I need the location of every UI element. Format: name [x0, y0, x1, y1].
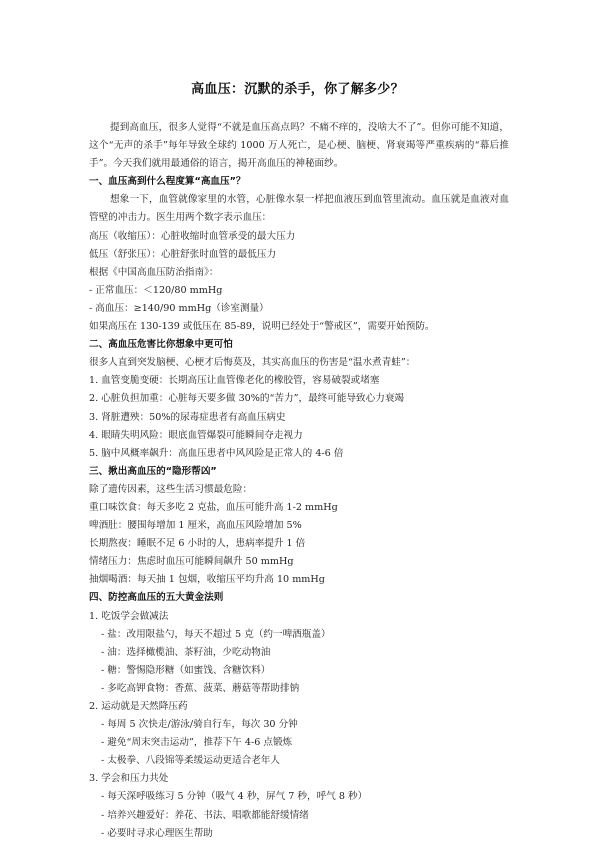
rule-item: - 糖：警惕隐形糖（如蜜饯、含糖饮料）: [89, 662, 509, 680]
risk-factor-item: 长期熬夜：睡眠不足 6 小时的人，患病率提升 1 倍: [89, 535, 509, 553]
rule-item: - 太极拳、八段锦等柔缓运动更适合老年人: [89, 752, 509, 770]
systolic-definition: 高压（收缩压）：心脏收缩时血管承受的最大压力: [89, 228, 509, 246]
high-bp-item: - 高血压：≥140/90 mmHg（诊室测量）: [89, 300, 509, 318]
harm-list-item: 5. 脑中风概率飙升：高血压患者中风风险是正常人的 4-6 倍: [89, 445, 509, 463]
rule-item: - 每天深呼吸练习 5 分钟（吸气 4 秒，屏气 7 秒，呼气 8 秒）: [89, 788, 509, 806]
section-heading-3: 三、揪出高血压的“隐形帮凶”: [89, 463, 509, 481]
risk-factor-item: 重口味饮食：每天多吃 2 克盐，血压可能升高 1-2 mmHg: [89, 499, 509, 517]
section-heading-1: 一、血压高到什么程度算“高血压”？: [89, 173, 509, 191]
rule-item: - 每周 5 次快走/游泳/骑自行车，每次 30 分钟: [89, 716, 509, 734]
document-title: 高血压：沉默的杀手，你了解多少？: [0, 78, 595, 97]
section-heading-2: 二、高血压危害比你想象中更可怕: [89, 336, 509, 354]
warning-zone-note: 如果高压在 130-139 或低压在 85-89，说明已经处于“警戒区”，需要开…: [89, 318, 509, 336]
harm-list-item: 1. 血管变脆变硬：长期高压让血管像老化的橡胶管，容易破裂或堵塞: [89, 372, 509, 390]
harm-list-item: 3. 肾脏遭殃：50%的尿毒症患者有高血压病史: [89, 409, 509, 427]
risk-factor-item: 抽烟喝酒：每天抽 1 包烟，收缩压平均升高 10 mmHg: [89, 571, 509, 589]
risk-factor-item: 啤酒肚：腰围每增加 1 厘米，高血压风险增加 5%: [89, 517, 509, 535]
diastolic-definition: 低压（舒张压）：心脏舒张时血管的最低压力: [89, 246, 509, 264]
section-3-intro: 除了遗传因素，这些生活习惯最危险：: [89, 481, 509, 499]
rule-label: 1. 吃饭学会做减法: [89, 608, 509, 626]
rule-label: 3. 学会和压力共处: [89, 770, 509, 788]
section-2-intro: 很多人直到突发脑梗、心梗才后悔莫及，其实高血压的伤害是“温水煮青蛙”：: [89, 354, 509, 372]
rule-item: - 必要时寻求心理医生帮助: [89, 825, 509, 841]
rule-item: - 盐：改用限盐勺，每天不超过 5 克（约一啤酒瓶盖）: [89, 626, 509, 644]
document-page: 高血压：沉默的杀手，你了解多少？ 提到高血压，很多人觉得“不就是血压高点吗？不痛…: [0, 0, 595, 841]
guideline-reference: 根据《中国高血压防治指南》：: [89, 264, 509, 282]
risk-factor-item: 情绪压力：焦虑时血压可能瞬间飙升 50 mmHg: [89, 553, 509, 571]
harm-list-item: 2. 心脏负担加重：心脏每天要多做 30%的“苦力”，最终可能导致心力衰竭: [89, 390, 509, 408]
section-1-paragraph: 想象一下，血管就像家里的水管，心脏像水泵一样把血液压到血管里流动。血压就是血液对…: [89, 191, 509, 227]
rule-item: - 多吃高钾食物：香蕉、菠菜、蘑菇等帮助排钠: [89, 680, 509, 698]
rule-label: 2. 运动就是天然降压药: [89, 698, 509, 716]
section-heading-4: 四、防控高血压的五大黄金法则: [89, 589, 509, 607]
harm-list-item: 4. 眼睛失明风险：眼底血管爆裂可能瞬间夺走视力: [89, 427, 509, 445]
intro-paragraph: 提到高血压，很多人觉得“不就是血压高点吗？不痛不痒的，没啥大不了”。但你可能不知…: [89, 119, 509, 173]
normal-bp-item: - 正常血压：＜120/80 mmHg: [89, 282, 509, 300]
document-body: 提到高血压，很多人觉得“不就是血压高点吗？不痛不痒的，没啥大不了”。但你可能不知…: [89, 119, 509, 841]
rule-item: - 油：选择橄榄油、茶籽油，少吃动物油: [89, 644, 509, 662]
rule-item: - 避免“周末突击运动”，推荐下午 4-6 点锻炼: [89, 734, 509, 752]
rule-item: - 培养兴趣爱好：养花、书法、唱歌都能舒缓情绪: [89, 807, 509, 825]
